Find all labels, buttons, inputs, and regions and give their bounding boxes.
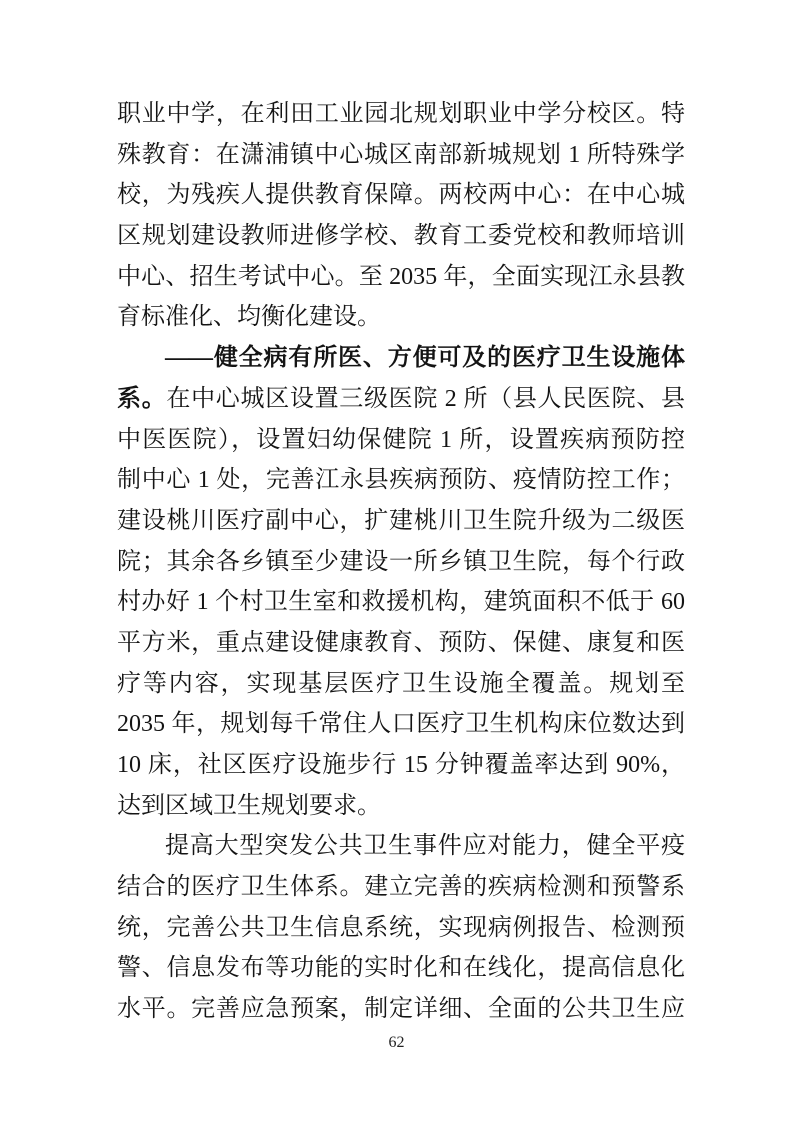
paragraph-healthcare-facilities: ——健全病有所医、方便可及的医疗卫生设施体 系。在中心城区设置三级医院 2 所（… xyxy=(117,338,685,826)
text-line: 水平。完善应急预案，制定详细、全面的公共卫生应 xyxy=(117,989,685,1030)
text-line: 院；其余各乡镇至少建设一所乡镇卫生院，每个行政 xyxy=(117,542,685,583)
text-line: 平方米，重点建设健康教育、预防、保健、康复和医 xyxy=(117,623,685,664)
text-line: 中心、招生考试中心。至 2035 年，全面实现江永县教 xyxy=(117,257,685,298)
paragraph-education: 职业中学，在利田工业园北规划职业中学分校区。特 殊教育：在潇浦镇中心城区南部新城… xyxy=(117,94,685,338)
text-line: 统，完善公共卫生信息系统，实现病例报告、检测预 xyxy=(117,908,685,949)
text-line: 结合的医疗卫生体系。建立完善的疾病检测和预警系 xyxy=(117,867,685,908)
text-line: 村办好 1 个村卫生室和救援机构，建筑面积不低于 60 xyxy=(117,582,685,623)
text-line: 育标准化、均衡化建设。 xyxy=(117,297,685,338)
text-line-rest: 在中心城区设置三级医院 2 所（县人民医院、县 xyxy=(166,386,685,412)
text-line: 区规划建设教师进修学校、教育工委党校和教师培训 xyxy=(117,216,685,257)
text-line: 中医医院），设置妇幼保健院 1 所，设置疾病预防控 xyxy=(117,420,685,461)
text-block: 职业中学，在利田工业园北规划职业中学分校区。特 殊教育：在潇浦镇中心城区南部新城… xyxy=(117,94,685,1030)
text-line: 职业中学，在利田工业园北规划职业中学分校区。特 xyxy=(117,94,685,135)
paragraph-public-health: 提高大型突发公共卫生事件应对能力，健全平疫 结合的医疗卫生体系。建立完善的疾病检… xyxy=(117,826,685,1029)
text-line: 提高大型突发公共卫生事件应对能力，健全平疫 xyxy=(117,826,685,867)
text-line: 殊教育：在潇浦镇中心城区南部新城规划 1 所特殊学 xyxy=(117,135,685,176)
text-line: 校，为残疾人提供教育保障。两校两中心：在中心城 xyxy=(117,175,685,216)
text-line: 10 床，社区医疗设施步行 15 分钟覆盖率达到 90%， xyxy=(117,745,685,786)
page-number: 62 xyxy=(0,1034,793,1052)
document-page: 职业中学，在利田工业园北规划职业中学分校区。特 殊教育：在潇浦镇中心城区南部新城… xyxy=(0,0,793,1122)
text-line: 警、信息发布等功能的实时化和在线化，提高信息化 xyxy=(117,948,685,989)
text-line: 达到区域卫生规划要求。 xyxy=(117,786,685,827)
text-line: 2035 年，规划每千常住人口医疗卫生机构床位数达到 xyxy=(117,704,685,745)
section-heading-line: ——健全病有所医、方便可及的医疗卫生设施体 xyxy=(117,338,685,379)
text-line: 疗等内容，实现基层医疗卫生设施全覆盖。规划至 xyxy=(117,664,685,705)
text-line: 建设桃川医疗副中心，扩建桃川卫生院升级为二级医 xyxy=(117,501,685,542)
text-line: 系。在中心城区设置三级医院 2 所（县人民医院、县 xyxy=(117,379,685,420)
heading-tail-bold: 系。 xyxy=(117,386,166,412)
text-line: 制中心 1 处，完善江永县疾病预防、疫情防控工作； xyxy=(117,460,685,501)
